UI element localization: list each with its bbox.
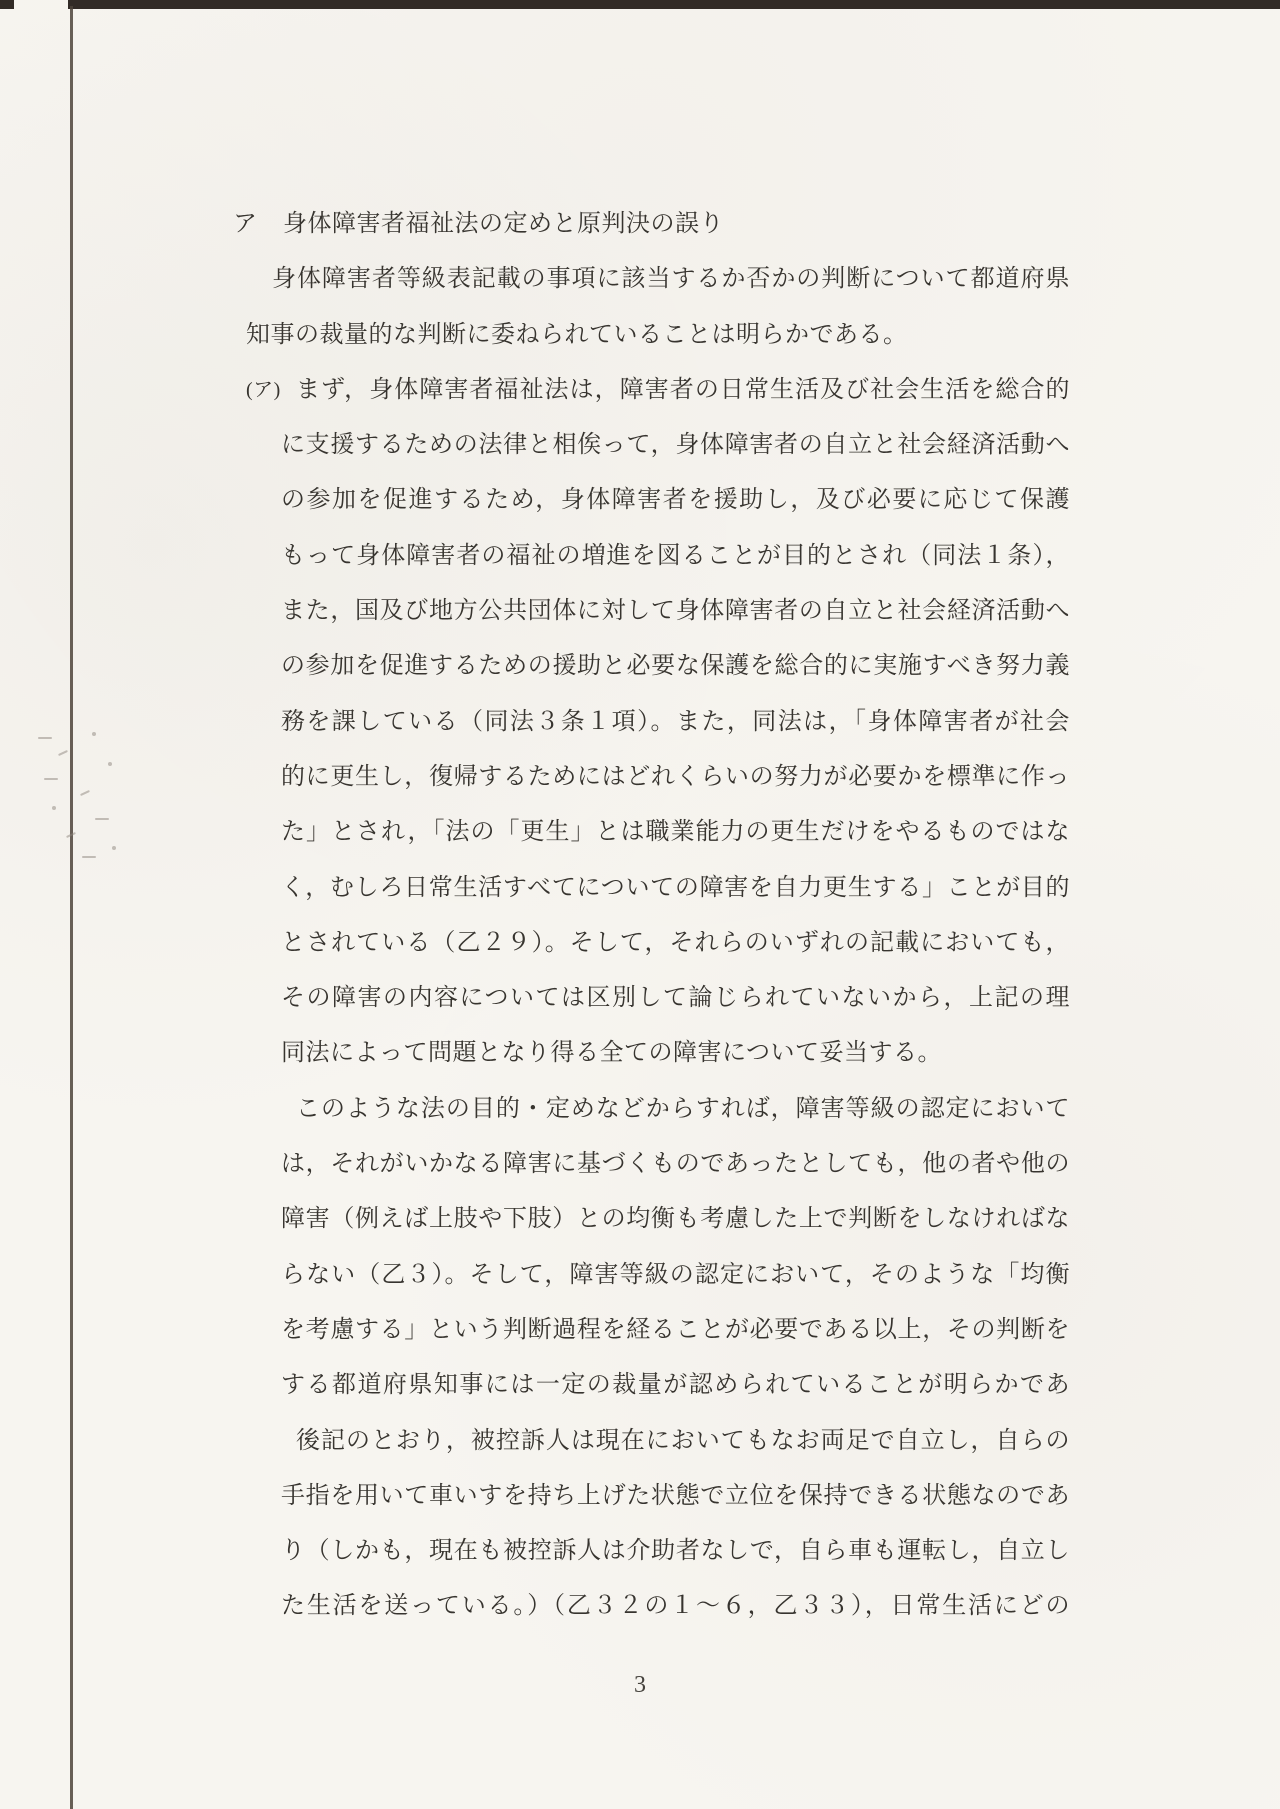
text-line: その障害の内容については区別して論じられていないから，上記の理は，: [281, 971, 1070, 1026]
text-line: は，それがいかなる障害に基づくものであったとしても，他の者や他の: [281, 1137, 1070, 1192]
page-number: 3: [0, 1672, 1280, 1699]
scan-top-edge: [68, 0, 1280, 9]
text-line: 務を課している（同法３条１項）。また，同法は，「身体障害者が社会: [281, 695, 1070, 750]
sub-item-line: (ア) まず，身体障害者福祉法は，障害者の日常生活及び社会生活を総合的: [246, 363, 1070, 418]
text-line: の参加を促進するため，身体障害者を援助し，及び必要に応じて保護し，: [281, 473, 1070, 528]
text-line: 後記のとおり，被控訴人は現在においてもなお両足で自立し，自らの: [296, 1414, 1070, 1469]
text-line: する都道府県知事には一定の裁量が認められていることが明らかである。: [281, 1358, 1070, 1413]
text-line: た」とされ，「法の「更生」とは職業能力の更生だけをやるものではな: [281, 805, 1070, 860]
text-line: を考慮する」という判断過程を経ることが必要である以上，その判断を: [281, 1303, 1070, 1358]
section-title: 身体障害者福祉法の定めと原判決の誤り: [264, 211, 724, 237]
text-line: もって身体障害者の福祉の増進を図ることが目的とされ（同法１条），: [281, 529, 1070, 584]
scanned-document-page: ア 身体障害者福祉法の定めと原判決の誤り 身体障害者等級表記載の事項に該当するか…: [0, 0, 1280, 1809]
text-line: まず，身体障害者福祉法は，障害者の日常生活及び社会生活を総合的: [296, 363, 1070, 418]
text-line: 障害（例えば上肢や下肢）との均衡も考慮した上で判断をしなければな: [281, 1192, 1070, 1247]
text-line: このような法の目的・定めなどからすれば，障害等級の認定において: [296, 1082, 1070, 1137]
text-line: た生活を送っている。）（乙３２の１～６，乙３３），日常生活にどの: [281, 1579, 1070, 1634]
text-line: り（しかも，現在も被控訴人は介助者なしで，自ら車も運転し，自立し: [281, 1524, 1070, 1579]
text-line: とされている（乙２９）。そして，それらのいずれの記載においても，: [281, 916, 1070, 971]
text-line: 身体障害者等級表記載の事項に該当するか否かの判断について都道府県: [272, 252, 1070, 307]
sub-item-marker: (ア): [246, 363, 296, 418]
text-line: 知事の裁量的な判断に委ねられていることは明らかである。: [246, 308, 1070, 363]
section-marker: ア: [233, 211, 258, 237]
text-line: に支援するための法律と相俟って，身体障害者の自立と社会経済活動へ: [281, 418, 1070, 473]
text-line: 的に更生し，復帰するためにはどれくらいの努力が必要かを標準に作っ: [281, 750, 1070, 805]
document-text: ア 身体障害者福祉法の定めと原判決の誤り 身体障害者等級表記載の事項に該当するか…: [0, 197, 1070, 1635]
text-line: らない（乙３）。そして，障害等級の認定において，そのような「均衡: [281, 1248, 1070, 1303]
text-line: く，むしろ日常生活すべてについての障害を自力更生する」ことが目的: [281, 861, 1070, 916]
text-line: の参加を促進するための援助と必要な保護を総合的に実施すべき努力義: [281, 639, 1070, 694]
scan-top-edge-left: [0, 0, 14, 9]
text-line: 手指を用いて車いすを持ち上げた状態で立位を保持できる状態なのであ: [281, 1469, 1070, 1524]
section-heading: ア 身体障害者福祉法の定めと原判決の誤り: [233, 197, 1070, 252]
text-line: 同法によって問題となり得る全ての障害について妥当する。: [281, 1026, 1070, 1081]
text-line: また，国及び地方公共団体に対して身体障害者の自立と社会経済活動へ: [281, 584, 1070, 639]
